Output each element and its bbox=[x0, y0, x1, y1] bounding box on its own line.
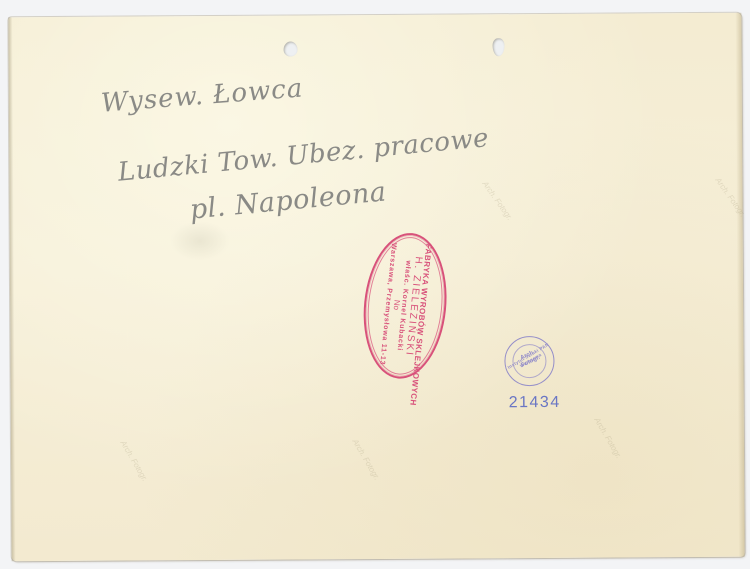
handwriting-line-3: pl. Napoleona bbox=[188, 176, 387, 225]
punch-hole-left bbox=[283, 41, 297, 56]
ghost-mark: Arch. Fotogr. bbox=[119, 439, 150, 483]
catalog-number: 21434 bbox=[509, 394, 561, 412]
paper-edge-right bbox=[735, 13, 744, 557]
paper-edge-left bbox=[8, 17, 15, 561]
round-archive-stamp: Instytut Sztuki PAN Warszawa Arch. Fotog… bbox=[504, 336, 554, 386]
handwriting-line-1: Wysew. Łowca bbox=[100, 73, 304, 118]
ghost-mark: Arch. Fotogr. bbox=[351, 437, 382, 481]
punch-hole-right bbox=[492, 38, 504, 56]
ghost-mark: Arch. Fotogr. bbox=[480, 179, 514, 222]
oval-stamp: FABRYKA WYROBÓW SKLEJKOWYCH H. ZIELEZIŃS… bbox=[357, 229, 453, 382]
photo-back-paper: Wysew. Łowca Ludzki Tow. Ubez. pracowe p… bbox=[8, 13, 744, 561]
handwriting-line-2: Ludzki Tow. Ubez. pracowe bbox=[117, 123, 491, 188]
pencil-smudge bbox=[170, 221, 230, 261]
ghost-mark: Arch. Fotogr. bbox=[592, 416, 623, 460]
